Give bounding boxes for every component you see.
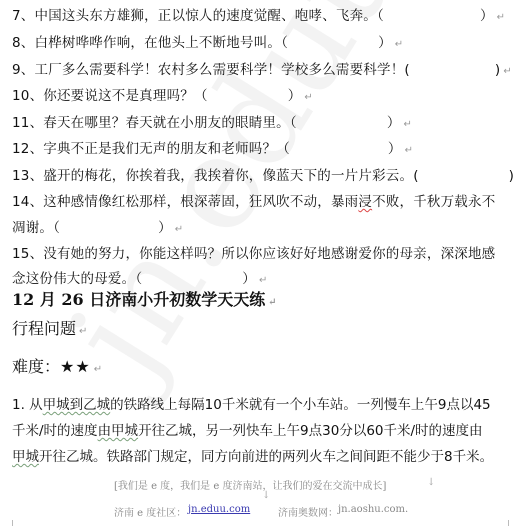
aoshu-url: jn.aoshu.com. [338, 504, 408, 515]
margin-corner-mark [508, 520, 509, 526]
problem-text: 1. 从 [12, 397, 43, 413]
question-number: 10、 [12, 88, 43, 104]
paragraph-mark-icon: ↵ [404, 119, 413, 130]
paragraph-mark-icon: ↓ [262, 490, 270, 501]
paragraph-mark-icon: ↵ [497, 12, 506, 23]
question-11: 11、春天在哪里？春天就在小朋友的眼睛里。（）↵ [12, 114, 412, 134]
answer-close-paren: ） [242, 271, 256, 287]
paragraph-mark-icon: ↵ [304, 92, 313, 103]
community-label: 济南 e 度社区： [114, 504, 186, 519]
margin-corner-mark [12, 520, 13, 526]
problem-text: 开往乙城。铁路部门规定，同方向前进的两列火车之间间距不能少于8千米。 [39, 449, 493, 465]
question-number: 13、 [12, 168, 43, 184]
question-text: 春天在哪里？春天就在小朋友的眼睛里。 [43, 115, 290, 131]
answer-open-paren: （ [194, 88, 208, 104]
difficulty-rating: 难度：★★↵ [12, 356, 102, 381]
section-subtitle: 行程问题↵ [12, 318, 87, 343]
answer-close-paren: ） [388, 141, 402, 157]
section-title-text: 12 月 26 日济南小升初数学天天练 [12, 290, 265, 309]
paragraph-mark-icon: ↵ [79, 326, 87, 337]
answer-close-paren: ) [509, 168, 514, 184]
question-text: 凋谢。 [12, 220, 53, 236]
answer-close-paren: ） [158, 220, 172, 236]
section-subtitle-text: 行程问题 [12, 319, 76, 338]
question-text: 白桦树哗哗作响，在他头上不断地号叫。 [35, 35, 282, 51]
question-number: 12、 [12, 141, 43, 157]
problem-text: 开往乙城，另一列快车上午9点30分以60千米/时的速度由 [138, 423, 483, 439]
question-12: 12、字典不正是我们无声的朋友和老师吗？（）↵ [12, 140, 413, 160]
question-text: 这种感情像红松那样，根深蒂固，狂风吹不动，暴雨 [43, 194, 358, 210]
question-number: 9、 [12, 62, 35, 78]
grammar-flagged-text: 甲城到乙城 [43, 397, 111, 413]
problem-1-line-3: 甲城开往乙城。铁路部门规定，同方向前进的两列火车之间间距不能少于8千米。 [12, 448, 493, 466]
question-text: 不败，千秋万载永不 [372, 194, 495, 210]
answer-open-paren: （ [290, 115, 297, 131]
question-8: 8、白桦树哗哗作响，在他头上不断地号叫。（）↵ [12, 34, 403, 54]
answer-open-paren: ( [413, 168, 418, 184]
paragraph-mark-icon: ↵ [94, 364, 102, 375]
problem-1-line-1: 1. 从甲城到乙城的铁路线上每隔10千米就有一个小车站。一列慢车上午9点以45 [12, 396, 491, 414]
spellcheck-flagged-word: 浸 [358, 194, 372, 210]
question-text: 没有她的努力，你能这样吗？所以你应该好好地感谢爱你的母亲，深深地感 [43, 246, 495, 262]
section-title: 12 月 26 日济南小升初数学天天练↵ [12, 289, 277, 314]
question-number: 11、 [12, 115, 43, 131]
question-number: 7、 [12, 8, 35, 24]
problem-text: 千米/时的速度 [12, 423, 98, 439]
paragraph-mark-icon: ↵ [268, 297, 276, 308]
aoshu-label: 济南奥数网： [278, 504, 338, 519]
question-7: 7、中国这头东方雄狮，正以惊人的速度觉醒、咆哮、飞奔。（）↵ [12, 7, 505, 27]
star-rating-icon: ★★ [60, 357, 91, 376]
question-text: 你还要说这不是真理吗？ [43, 88, 194, 104]
difficulty-label: 难度： [12, 357, 60, 376]
footer-slogan: [我们是 e 度，我们是 e 度济南站，让我们的爱在交流中成长] [114, 477, 386, 492]
paragraph-mark-icon: ↓ [427, 477, 435, 488]
answer-close-paren: ） [480, 8, 494, 24]
question-number: 8、 [12, 35, 35, 51]
grammar-flagged-text: 由甲城 [98, 423, 139, 439]
question-text: 中国这头东方雄狮，正以惊人的速度觉醒、咆哮、飞奔。 [35, 8, 378, 24]
question-number: 14、 [12, 194, 43, 210]
answer-close-paren: ） [288, 88, 302, 104]
answer-close-paren: ） [387, 115, 401, 131]
question-14-line-2: 凋谢。（）↵ [12, 219, 183, 239]
question-9: 9、工厂多么需要科学！农村多么需要科学！学校多么需要科学！()↵ [12, 61, 512, 81]
answer-open-paren: ( [404, 62, 409, 78]
question-text: 盛开的梅花，你挨着我，我挨着你，像蓝天下的一片片彩云。 [43, 168, 413, 184]
question-14-line-1: 14、这种感情像红松那样，根深蒂固，狂风吹不动，暴雨浸不败，千秋万载永不 [12, 193, 495, 211]
paragraph-mark-icon: ↵ [175, 224, 184, 235]
answer-open-paren: （ [281, 35, 288, 51]
problem-1-line-2: 千米/时的速度由甲城开往乙城，另一列快车上午9点30分以60千米/时的速度由 [12, 422, 483, 440]
question-10: 10、你还要说这不是真理吗？（）↵ [12, 87, 313, 107]
question-15-line-1: 15、没有她的努力，你能这样吗？所以你应该好好地感谢爱你的母亲，深深地感 [12, 245, 495, 263]
paragraph-mark-icon: ↵ [395, 39, 404, 50]
answer-open-paren: （ [53, 220, 60, 236]
document-page: jn.eduu. 7、中国这头东方雄狮，正以惊人的速度觉醒、咆哮、飞奔。（）↵ … [0, 0, 517, 532]
answer-close-paren: ） [378, 35, 392, 51]
answer-open-paren: （ [135, 271, 142, 287]
answer-close-paren: ) [495, 62, 500, 78]
paragraph-mark-icon: ↵ [259, 275, 268, 286]
community-link[interactable]: jn.eduu.com [188, 504, 250, 515]
paragraph-mark-icon: ↵ [405, 145, 414, 156]
question-text: 字典不正是我们无声的朋友和老师吗？ [43, 141, 276, 157]
question-15-line-2: 念这份伟大的母爱。（）↵ [12, 270, 268, 290]
paragraph-mark-icon: ↵ [503, 66, 512, 77]
question-number: 15、 [12, 246, 43, 262]
question-text: 工厂多么需要科学！农村多么需要科学！学校多么需要科学！ [35, 62, 405, 78]
question-13: 13、盛开的梅花，你挨着我，我挨着你，像蓝天下的一片片彩云。()↵ [12, 167, 517, 187]
question-text: 念这份伟大的母爱。 [12, 271, 135, 287]
answer-open-paren: （ [276, 141, 290, 157]
problem-text: 的铁路线上每隔10千米就有一个小车站。一列慢车上午9点以45 [110, 397, 490, 413]
answer-open-paren: （ [377, 8, 384, 24]
grammar-flagged-text: 甲城 [12, 449, 39, 465]
